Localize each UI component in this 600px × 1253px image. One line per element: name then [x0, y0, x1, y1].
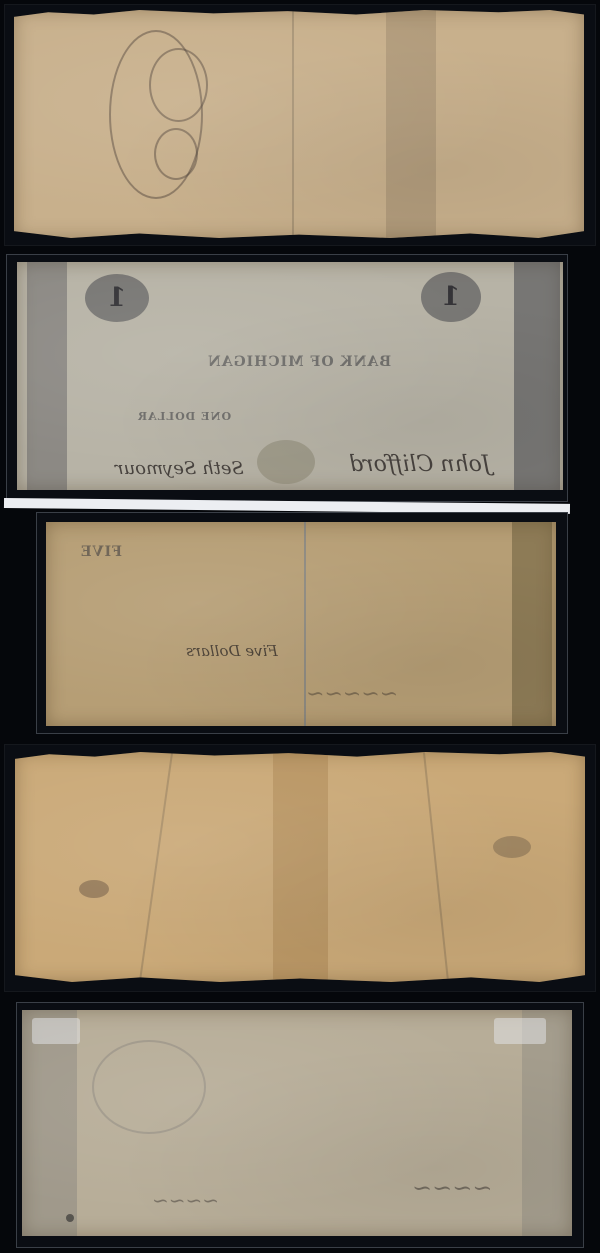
banknote-3-reverse: FIVE Five Dollars ~~~~~ — [46, 522, 556, 726]
denomination-words-show-through: FIVE — [80, 544, 122, 560]
vertical-stain-band — [273, 752, 328, 982]
signature-show-through: ~~~~ — [152, 1188, 219, 1212]
corner-mark-right — [494, 1018, 546, 1044]
signature-show-through: ~~~~ — [412, 1174, 492, 1202]
vignette-oval-show-through — [92, 1040, 206, 1134]
right-border-band — [514, 262, 560, 490]
crease-line — [423, 753, 449, 982]
bank-title-show-through: BANK OF MICHIGAN — [207, 354, 391, 370]
signature-left: Seth Seymour — [115, 458, 244, 479]
banknote-5-reverse: ~~~~ ~~~~ — [22, 1010, 572, 1236]
banknote-1-reverse — [14, 10, 584, 238]
center-oval-seal — [257, 440, 315, 484]
signature-right: John Clifford — [349, 452, 491, 477]
signature-show-through: ~~~~~ — [306, 682, 398, 707]
denomination-oval-right: 1 — [421, 272, 481, 322]
left-border-band — [27, 262, 67, 490]
ring-outline-small-top — [149, 48, 208, 122]
dark-stain-left — [79, 880, 109, 898]
corner-mark-left — [32, 1018, 80, 1044]
dark-stain-right — [493, 836, 531, 858]
script-show-through: Five Dollars — [186, 642, 278, 660]
fold-line — [292, 10, 294, 238]
right-ornate-border — [512, 522, 552, 726]
banknote-2-reverse: 1 1 BANK OF MICHIGAN ONE DOLLAR Seth Sey… — [17, 262, 563, 490]
small-ink-dot — [66, 1214, 74, 1222]
ring-outline-small-bottom — [154, 128, 198, 180]
vertical-band — [386, 10, 436, 238]
banknote-4-reverse — [15, 752, 585, 982]
crease-line — [139, 753, 173, 981]
denomination-oval-left: 1 — [85, 274, 149, 322]
denomination-words-show-through: ONE DOLLAR — [137, 410, 231, 423]
